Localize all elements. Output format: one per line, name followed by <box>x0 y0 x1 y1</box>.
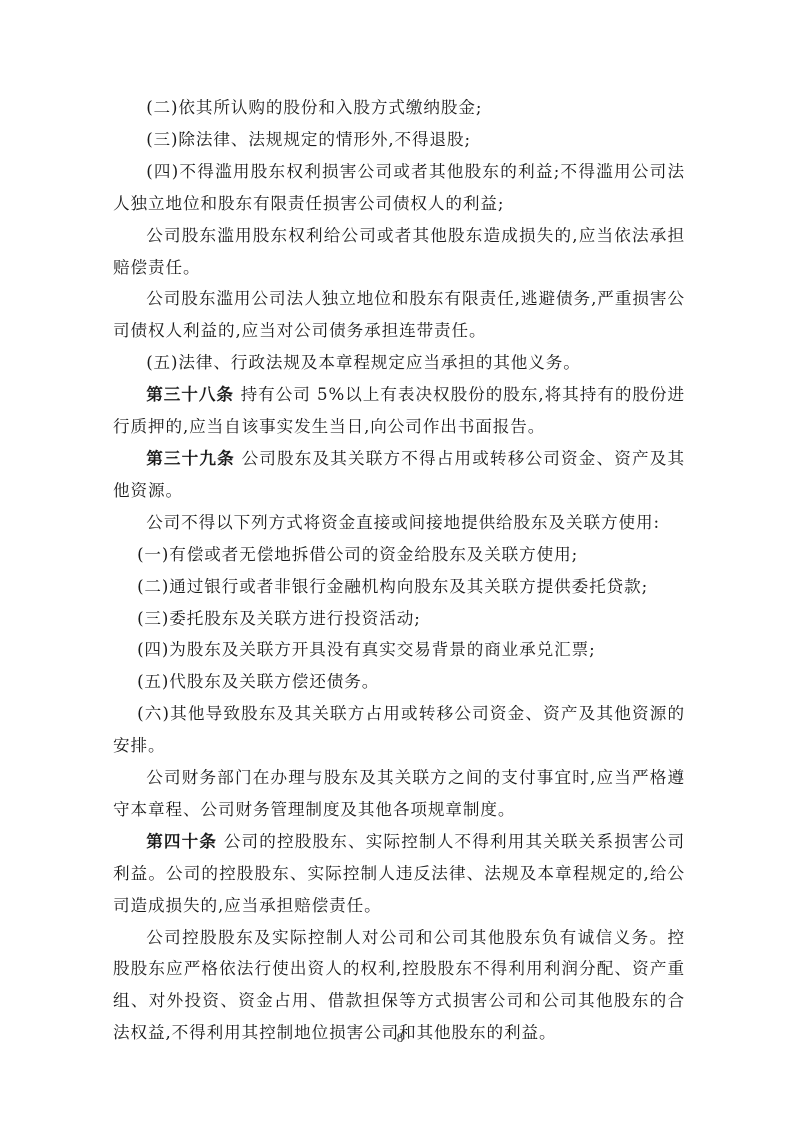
article-39-heading: 第三十九条 <box>146 448 235 468</box>
article-40: 第四十条公司的控股股东、实际控制人不得利用其关联关系损害公司利益。公司的控股股东… <box>113 826 685 922</box>
list-item-4: (四)为股东及关联方开具没有真实交易背景的商业承兑汇票; <box>113 634 685 666</box>
paragraph-item-3: (三)除法律、法规规定的情形外,不得退股; <box>113 124 685 156</box>
paragraph-liability: 公司股东滥用股东权利给公司或者其他股东造成损失的,应当依法承担赔偿责任。 <box>113 220 685 284</box>
article-39: 第三十九条公司股东及其关联方不得占用或转移公司资金、资产及其他资源。 <box>113 443 685 507</box>
paragraph-prohibited-methods: 公司不得以下列方式将资金直接或间接地提供给股东及关联方使用: <box>113 507 685 539</box>
list-item-2: (二)通过银行或者非银行金融机构向股东及其关联方提供委托贷款; <box>113 571 685 603</box>
paragraph-finance-dept: 公司财务部门在办理与股东及其关联方之间的支付事宜时,应当严格遵守本章程、公司财务… <box>113 762 685 826</box>
page-number: 8 <box>0 1030 800 1046</box>
paragraph-joint-liability: 公司股东滥用公司法人独立地位和股东有限责任,逃避债务,严重损害公司债权人利益的,… <box>113 283 685 347</box>
list-item-6: (六)其他导致股东及其关联方占用或转移公司资金、资产及其他资源的安排。 <box>113 698 685 762</box>
list-item-5: (五)代股东及关联方偿还债务。 <box>113 666 685 698</box>
paragraph-item-2: (二)依其所认购的股份和入股方式缴纳股金; <box>113 92 685 124</box>
article-40-heading: 第四十条 <box>146 831 217 851</box>
list-item-3: (三)委托股东及关联方进行投资活动; <box>113 603 685 635</box>
document-page: (二)依其所认购的股份和入股方式缴纳股金; (三)除法律、法规规定的情形外,不得… <box>113 92 685 1049</box>
paragraph-item-5: (五)法律、行政法规及本章程规定应当承担的其他义务。 <box>113 347 685 379</box>
article-38-heading: 第三十八条 <box>146 384 234 404</box>
list-item-1: (一)有偿或者无偿地拆借公司的资金给股东及关联方使用; <box>113 539 685 571</box>
paragraph-item-4: (四)不得滥用股东权利损害公司或者其他股东的利益;不得滥用公司法人独立地位和股东… <box>113 156 685 220</box>
article-38: 第三十八条持有公司 5%以上有表决权股份的股东,将其持有的股份进行质押的,应当自… <box>113 379 685 443</box>
